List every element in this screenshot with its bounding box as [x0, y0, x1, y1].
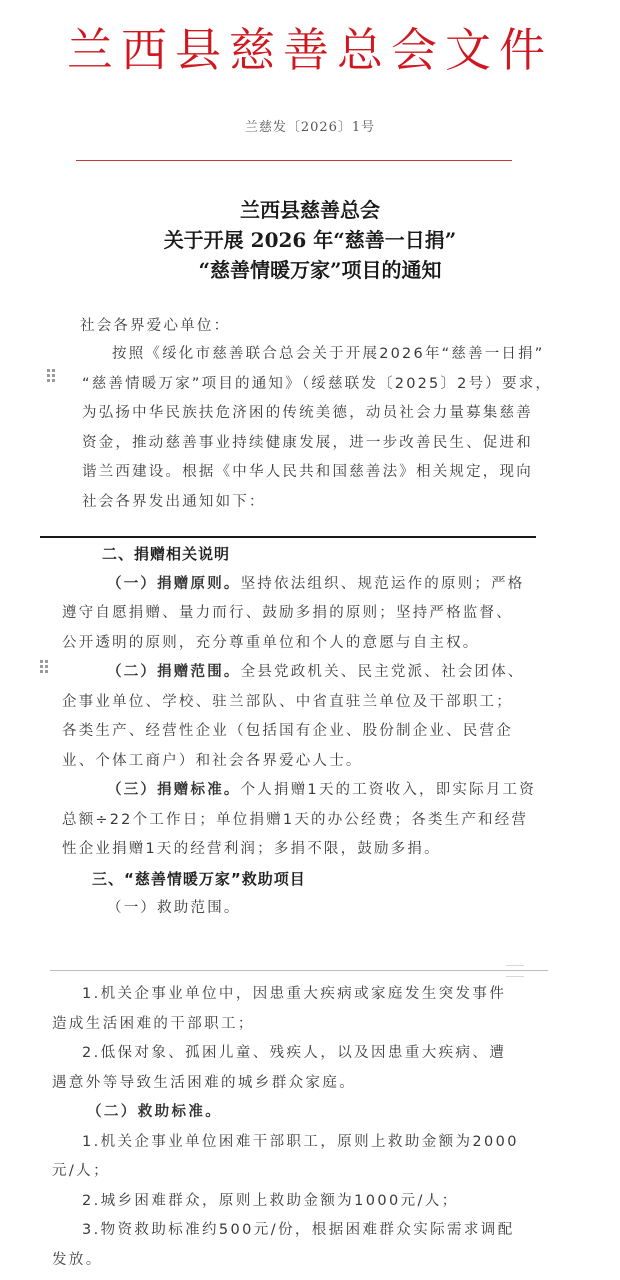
- item-line: 公开透明的原则，充分尊重单位和个人的意愿与自主权。: [62, 629, 552, 659]
- item-text: 个人捐赠1天的工资收入，即实际月工资: [241, 782, 536, 798]
- item-label: （一）捐赠原则。: [107, 576, 241, 592]
- donation-standard: （三）捐赠标准。个人捐赠1天的工资收入，即实际月工资 总额÷22个工作日；单位捐…: [62, 776, 552, 865]
- donation-scope: （二）捐赠范围。全县党政机关、民主党派、社会团体、 企事业单位、学校、驻兰部队、…: [62, 658, 552, 776]
- masthead-title: 兰西县慈善总会文件: [0, 22, 620, 78]
- intro-line: 谐兰西建设。根据《中华人民共和国慈善法》相关规定，现向: [82, 458, 552, 488]
- page-divider: [40, 536, 536, 538]
- item-line: 业、个体工商户）和社会各界爱心人士。: [62, 747, 552, 777]
- section-heading: 三、“慈善情暖万家”救助项目: [62, 865, 552, 895]
- item-line: 1.机关企事业单位中，因患重大疾病或家庭发生突发事件: [52, 980, 552, 1010]
- standard-item: 2.城乡困难群众，原则上救助金额为1000元/人；: [52, 1187, 552, 1217]
- section-heading: 二、捐赠相关说明: [62, 540, 552, 570]
- section-donation-notes: 二、捐赠相关说明 （一）捐赠原则。坚持依法组织、规范运作的原则；严格 遵守自愿捐…: [62, 540, 552, 924]
- item-line: 遇意外等导致生活困难的城乡群众家庭。: [52, 1069, 552, 1099]
- intro-paragraph: 按照《绥化市慈善联合总会关于开展2026年“慈善一日捐” “慈善情暖万家”项目的…: [82, 340, 552, 517]
- item-line: 2.城乡困难群众，原则上救助金额为1000元/人；: [52, 1187, 552, 1217]
- item-line: 1.机关企事业单位困难干部职工，原则上救助金额为2000: [52, 1128, 552, 1158]
- title-line-1: 兰西县慈善总会: [0, 195, 620, 225]
- title-line-2: 关于开展 2026 年“慈善一日捐”: [0, 225, 620, 255]
- title-line-3: “慈善情暖万家”项目的通知: [0, 255, 620, 285]
- item-line: 各类生产、经营性企业（包括国有企业、股份制企业、民营企: [62, 717, 552, 747]
- item-label: （二）捐赠范围。: [107, 664, 241, 680]
- item-line: 性企业捐赠1天的经营利润；多捐不限，鼓励多捐。: [62, 835, 552, 865]
- item-label: （三）捐赠标准。: [107, 782, 241, 798]
- item-text: 坚持依法组织、规范运作的原则；严格: [241, 576, 525, 592]
- intro-line: 社会各界发出通知如下：: [82, 488, 552, 518]
- subsection-label: （一）救助范围。: [62, 894, 552, 924]
- drag-handle-icon[interactable]: [47, 369, 55, 381]
- item-line: 企事业单位、学校、驻兰部队、中省直驻兰单位及干部职工；: [62, 688, 552, 718]
- page-break-marker-icon: [506, 965, 524, 977]
- intro-line: 资金，推动慈善事业持续健康发展，进一步改善民生、促进和: [82, 429, 552, 459]
- item-line: 2.低保对象、孤困儿童、残疾人，以及因患重大疾病、遭: [52, 1039, 552, 1069]
- document-number: 兰慈发〔2026〕1号: [0, 116, 620, 135]
- item-line: 3.物资救助标准约500元/份，根据困难群众实际需求调配: [52, 1216, 552, 1246]
- standard-item: 3.物资救助标准约500元/份，根据困难群众实际需求调配 发放。: [52, 1216, 552, 1275]
- intro-line: 按照《绥化市慈善联合总会关于开展2026年“慈善一日捐”: [82, 340, 552, 370]
- item-line: 造成生活困难的干部职工；: [52, 1010, 552, 1040]
- salutation: 社会各界爱心单位：: [80, 312, 230, 342]
- standard-item: 1.机关企事业单位困难干部职工，原则上救助金额为2000 元/人；: [52, 1128, 552, 1187]
- item-text: 全县党政机关、民主党派、社会团体、: [241, 664, 525, 680]
- red-divider: [76, 160, 512, 161]
- scope-item: 1.机关企事业单位中，因患重大疾病或家庭发生突发事件 造成生活困难的干部职工；: [52, 980, 552, 1039]
- scope-item: 2.低保对象、孤困儿童、残疾人，以及因患重大疾病、遭 遇意外等导致生活困难的城乡…: [52, 1039, 552, 1098]
- section-relief-project: 1.机关企事业单位中，因患重大疾病或家庭发生突发事件 造成生活困难的干部职工； …: [52, 980, 552, 1275]
- item-line: 发放。: [52, 1246, 552, 1276]
- drag-handle-icon[interactable]: [40, 660, 48, 672]
- notice-title: 兰西县慈善总会 关于开展 2026 年“慈善一日捐” “慈善情暖万家”项目的通知: [0, 195, 620, 285]
- item-line: 总额÷22个工作日；单位捐赠1天的办公经费；各类生产和经营: [62, 806, 552, 836]
- page-break-line: [50, 970, 548, 971]
- subsection-label: （二）救助标准。: [52, 1098, 552, 1128]
- item-line: 遵守自愿捐赠、量力而行、鼓励多捐的原则；坚持严格监督、: [62, 599, 552, 629]
- donation-principle: （一）捐赠原则。坚持依法组织、规范运作的原则；严格 遵守自愿捐赠、量力而行、鼓励…: [62, 570, 552, 659]
- intro-line: 为弘扬中华民族扶危济困的传统美德，动员社会力量募集慈善: [82, 399, 552, 429]
- item-line: 元/人；: [52, 1157, 552, 1187]
- intro-line: “慈善情暖万家”项目的通知》（绥慈联发〔2025〕2号）要求，: [82, 370, 552, 400]
